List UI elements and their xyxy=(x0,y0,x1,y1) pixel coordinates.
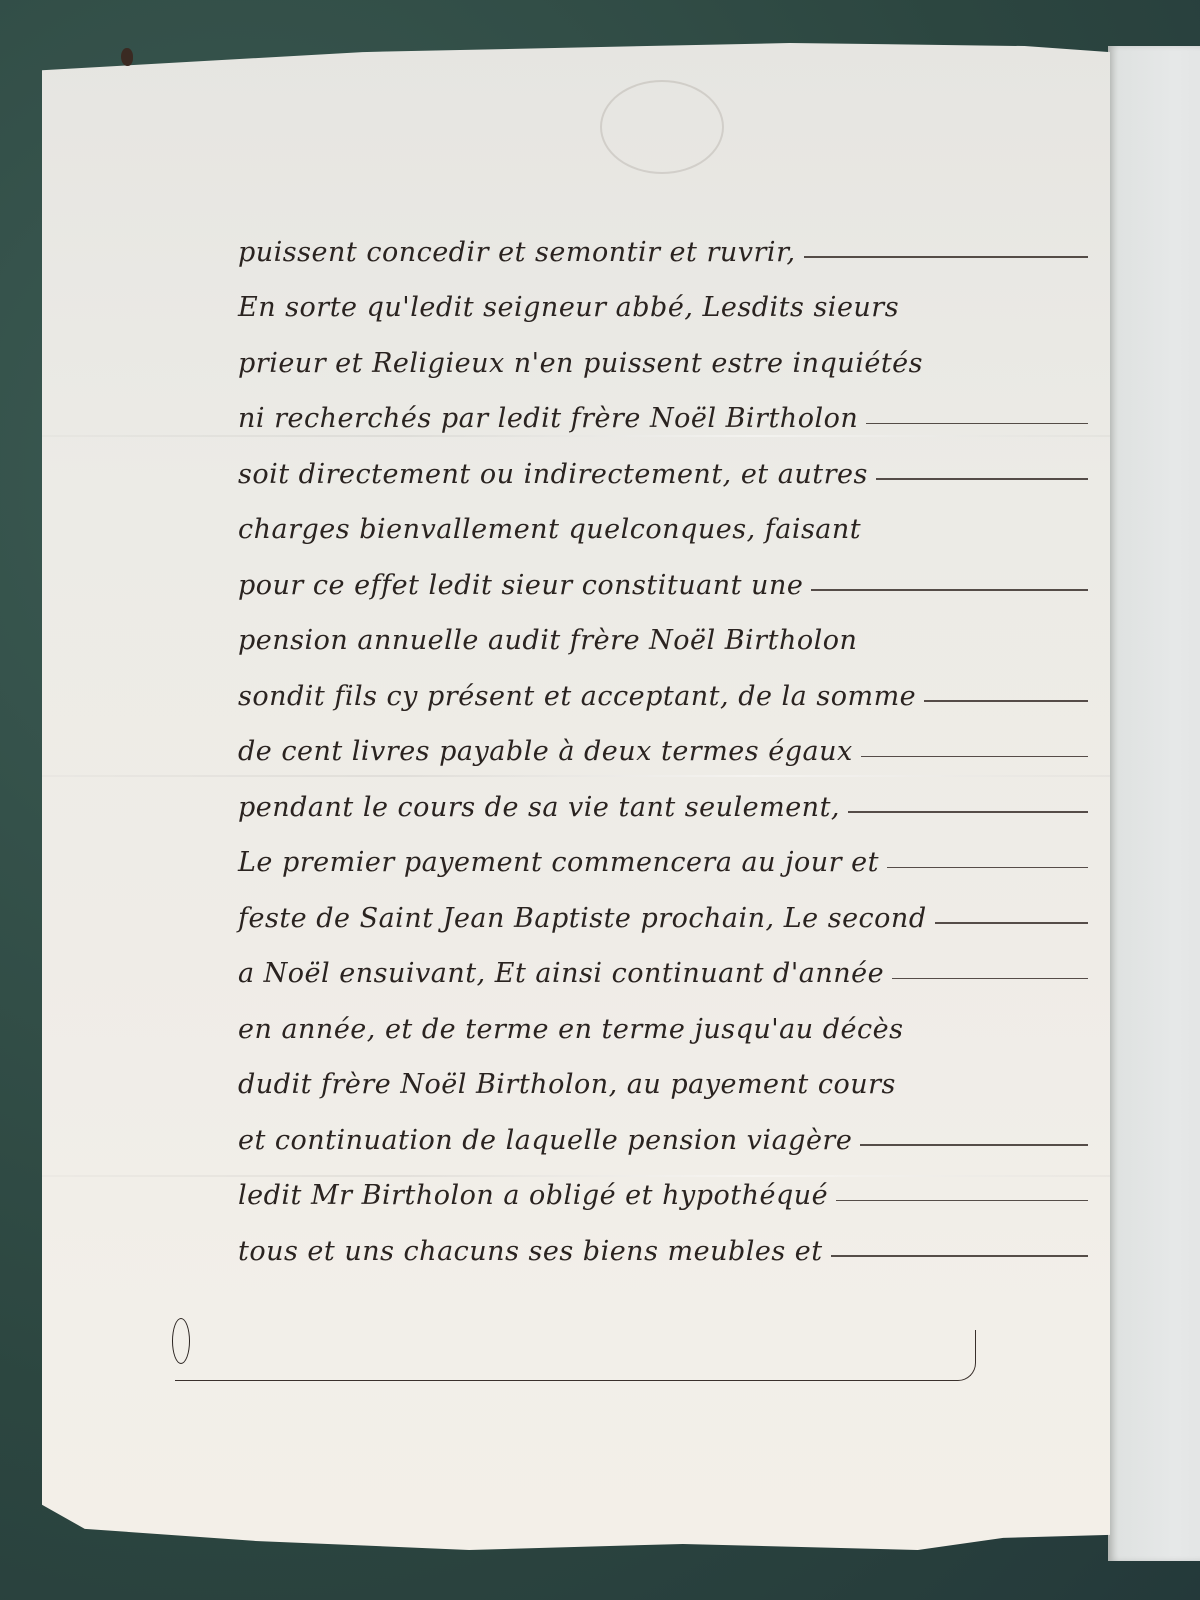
line-filler-dash xyxy=(848,811,1088,813)
text-line: Le premier payement commencera au jour e… xyxy=(238,821,1088,877)
stamp-oval xyxy=(600,80,724,174)
line-filler-dash xyxy=(811,589,1088,591)
faint-stamp xyxy=(510,80,850,170)
text-line: pendant le cours de sa vie tant seulemen… xyxy=(238,765,1088,821)
text-line: pour ce effet ledit sieur constituant un… xyxy=(238,543,1088,599)
text-line: puissent concedir et semontir et ruvrir, xyxy=(238,210,1088,266)
closing-flourish-line xyxy=(175,1330,976,1381)
line-filler-dash xyxy=(887,867,1088,869)
text-line: a Noël ensuivant, Et ainsi continuant d'… xyxy=(238,932,1088,988)
text-line: et continuation de laquelle pension viag… xyxy=(238,1098,1088,1154)
line-filler-dash xyxy=(831,1255,1088,1257)
text-line: dudit frère Noël Birtholon, au payement … xyxy=(238,1043,1088,1099)
text-line: En sorte qu'ledit seigneur abbé, Lesdits… xyxy=(238,266,1088,322)
text-line: ledit Mr Birtholon a obligé et hypothéqu… xyxy=(238,1154,1088,1210)
text-line: feste de Saint Jean Baptiste prochain, L… xyxy=(238,876,1088,932)
line-filler-dash xyxy=(836,1200,1088,1202)
text-line: soit directement ou indirectement, et au… xyxy=(238,432,1088,488)
text-line: prieur et Religieux n'en puissent estre … xyxy=(238,321,1088,377)
line-filler-dash xyxy=(935,922,1088,924)
line-filler-dash xyxy=(860,1144,1088,1146)
facing-page xyxy=(1108,46,1200,1561)
line-filler-dash xyxy=(924,700,1088,702)
line-filler-dash xyxy=(804,256,1088,258)
text-line: de cent livres payable à deux termes éga… xyxy=(238,710,1088,766)
ink-blot xyxy=(121,48,133,66)
text-line: en année, et de terme en terme jusqu'au … xyxy=(238,987,1088,1043)
line-filler-dash xyxy=(892,978,1088,980)
text-line: sondit fils cy présent et acceptant, de … xyxy=(238,654,1088,710)
line-filler-dash xyxy=(861,756,1088,758)
line-filler-dash xyxy=(876,478,1088,480)
handwritten-text: puissent concedir et semontir et ruvrir,… xyxy=(238,210,1088,1265)
line-filler-dash xyxy=(866,423,1088,425)
text-line: charges bienvallement quelconques, faisa… xyxy=(238,488,1088,544)
text-line: ni recherchés par ledit frère Noël Birth… xyxy=(238,377,1088,433)
text-line: tous et uns chacuns ses biens meubles et xyxy=(238,1209,1088,1265)
text-line: pension annuelle audit frère Noël Birtho… xyxy=(238,599,1088,655)
